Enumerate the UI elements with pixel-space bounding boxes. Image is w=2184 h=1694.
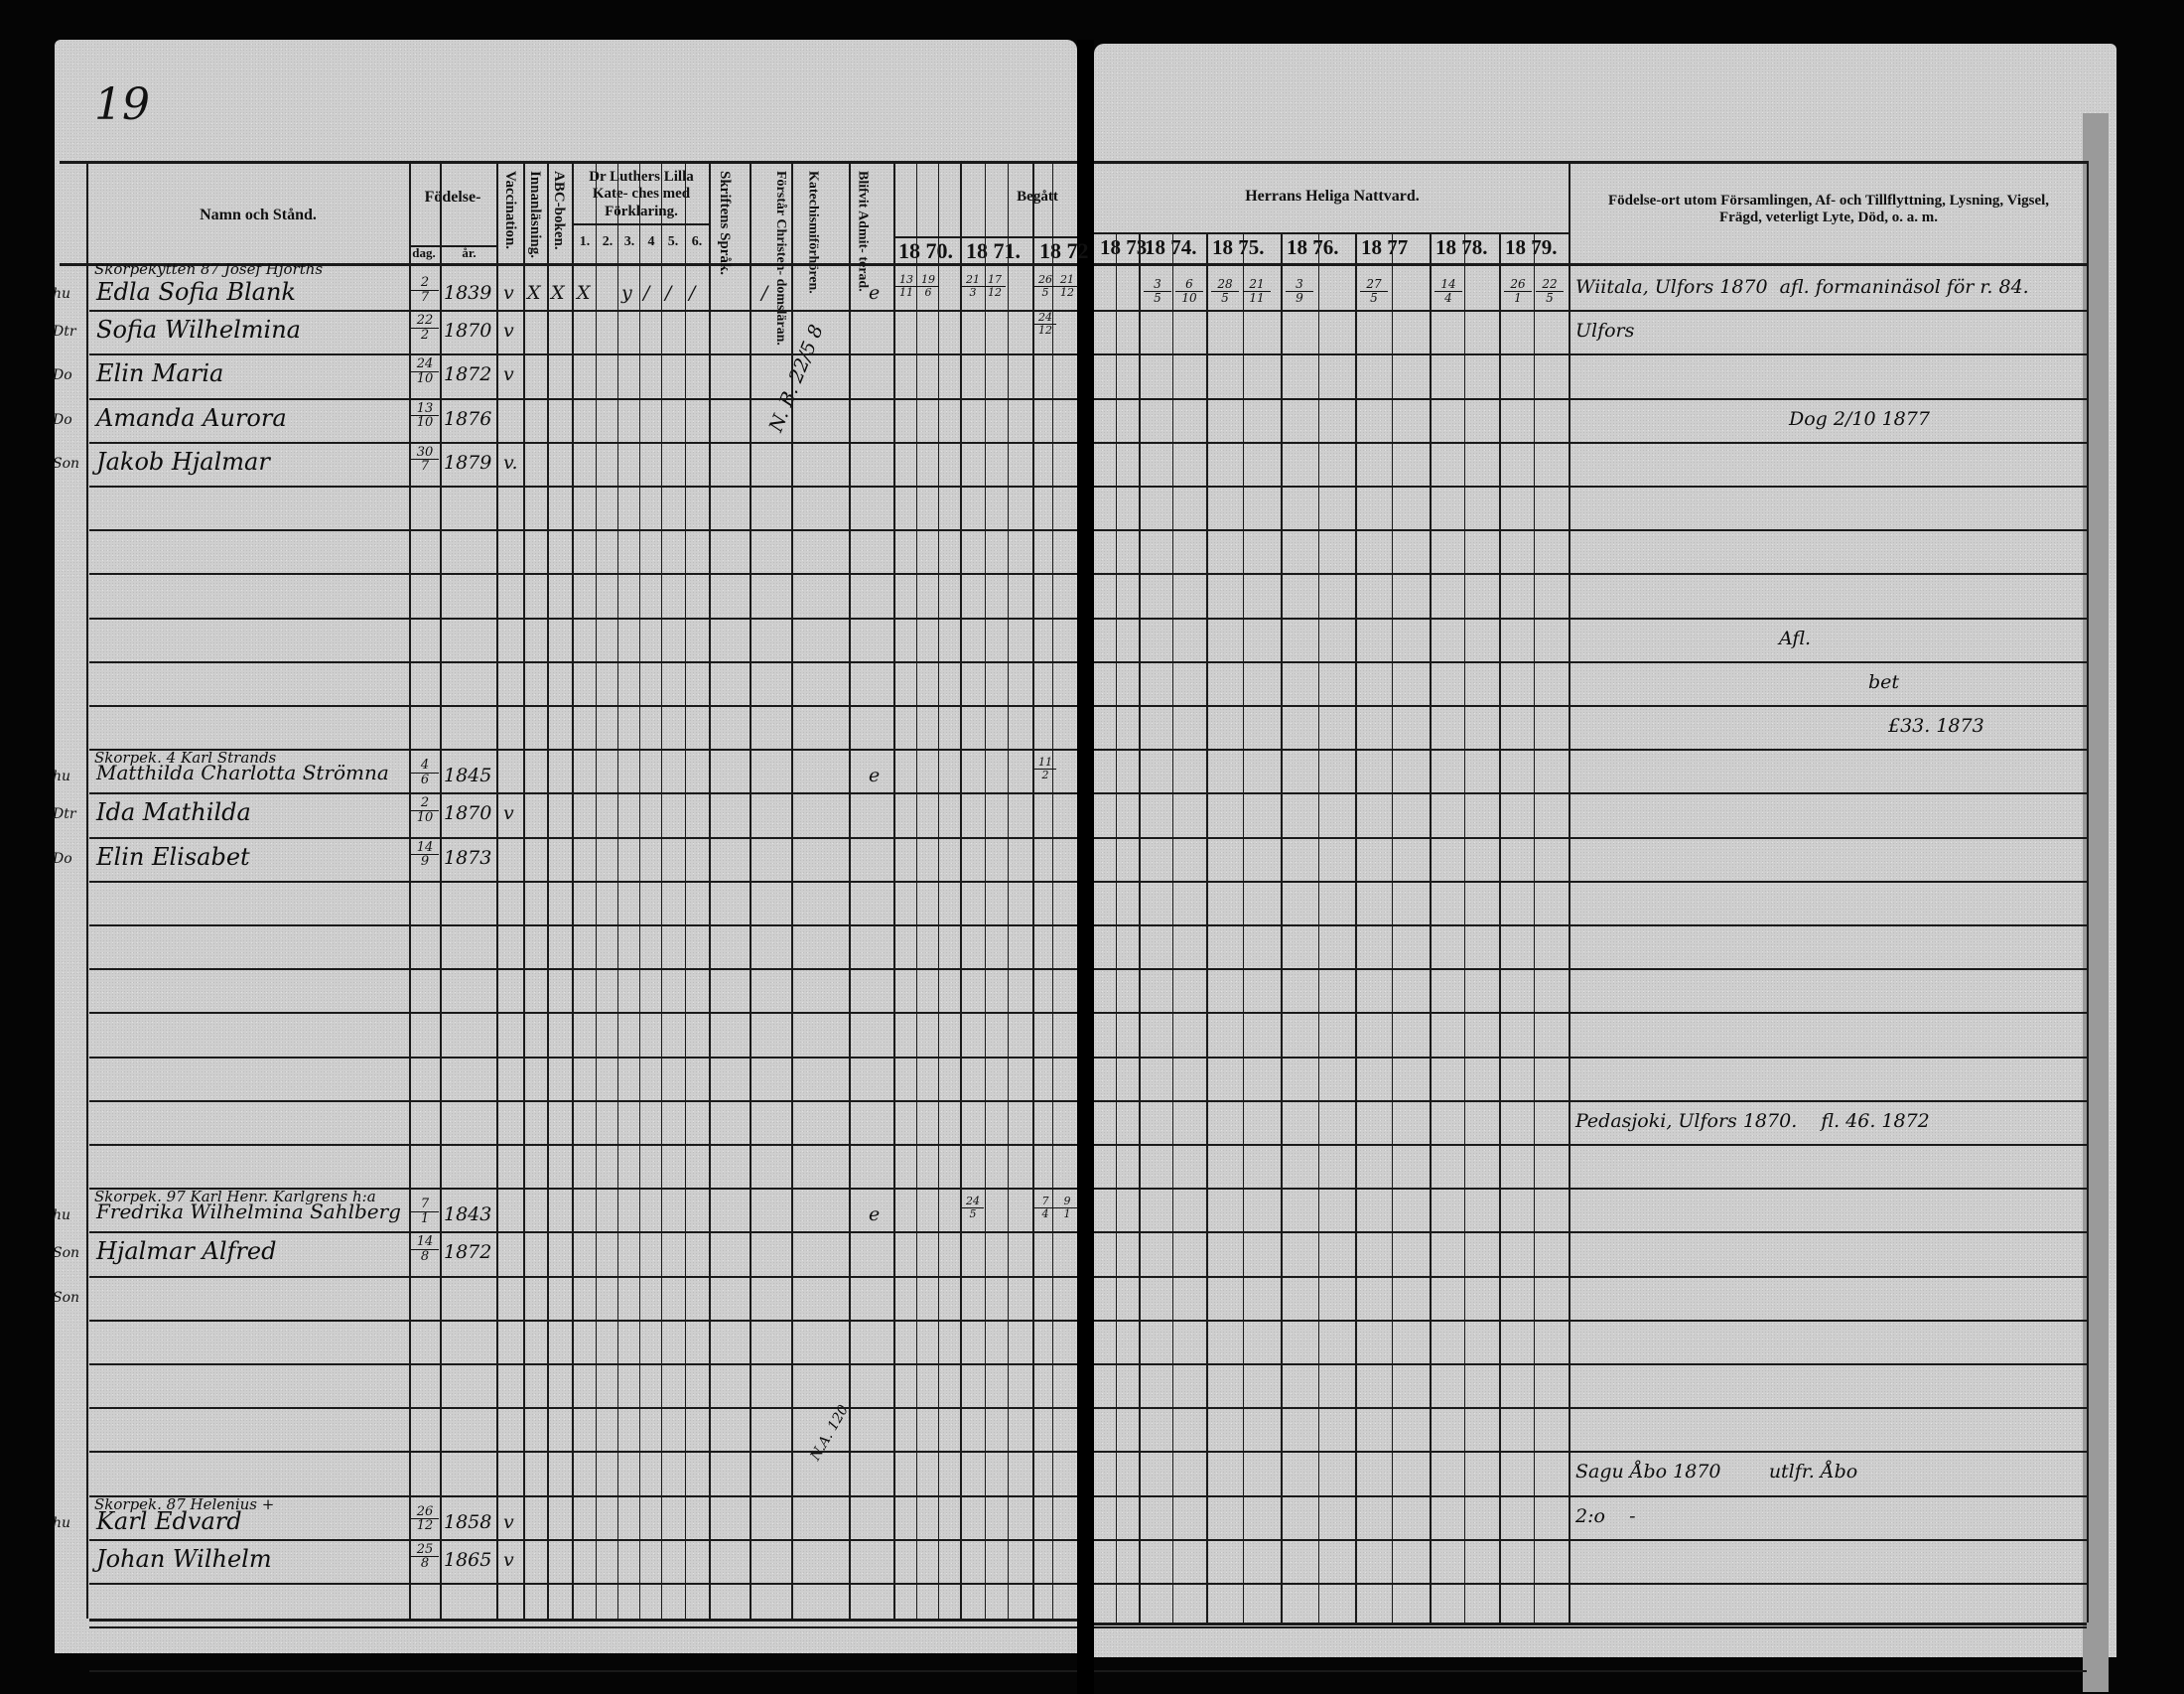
person-name: Elin Maria <box>96 359 223 387</box>
communion-day: 3 <box>1144 278 1171 292</box>
row-rule <box>1094 442 2087 444</box>
row-rule <box>1094 749 2087 751</box>
row-rule <box>1094 618 2087 620</box>
column-rule <box>1499 232 1501 1623</box>
register-row[interactable]: SonJakob Hjalmar3071879v. <box>55 452 1077 482</box>
header-begatt: Begått <box>1008 189 1067 206</box>
communion-month: 5 <box>1154 291 1161 305</box>
column-rule <box>1534 232 1535 1623</box>
header-catechism-part: 1. <box>574 234 596 250</box>
column-rule <box>1172 232 1173 1623</box>
birth-month: 2 <box>421 328 429 343</box>
vaccination-mark: v. <box>503 452 518 474</box>
header-communion: Herrans Heliga Nattvard. <box>1154 188 1511 206</box>
admitted-mark: e <box>869 1203 880 1225</box>
row-rule <box>89 1012 1077 1014</box>
communion-date: 2112 <box>1056 274 1078 298</box>
row-rule <box>89 618 1077 620</box>
row-rule <box>1094 924 2087 926</box>
person-name: Edla Sofia Blank <box>96 278 296 306</box>
birth-day-num: 4 <box>411 759 439 774</box>
register-row[interactable]: huMatthilda Charlotta Strömna461845e112 <box>55 765 1077 794</box>
communion-date: 112 <box>1034 757 1056 780</box>
column-rule <box>1206 232 1208 1623</box>
column-rule <box>1430 232 1432 1623</box>
row-rule <box>1094 1144 2087 1146</box>
household-title: Skorpekytten 87 Josef Hjorths <box>94 260 323 278</box>
birth-month: 7 <box>421 459 429 474</box>
row-rule <box>1094 1583 2087 1585</box>
communion-month: 6 <box>925 286 932 299</box>
communion-month: 11 <box>899 286 913 299</box>
row-rule <box>1094 310 2087 312</box>
row-rule <box>89 968 1077 970</box>
communion-month: 5 <box>1221 291 1229 305</box>
row-rule <box>89 1451 1077 1453</box>
innanlasning-mark: X <box>527 282 541 304</box>
person-name: Amanda Aurora <box>96 404 287 432</box>
row-rule <box>1094 837 2087 839</box>
header-year: 18 75. <box>1212 235 1265 260</box>
vaccination-mark: v <box>503 282 514 304</box>
birth-day-num: 2 <box>411 796 439 811</box>
row-relation: hu <box>53 1515 70 1531</box>
birth-day: 46 <box>411 759 439 786</box>
row-relation: Do <box>53 851 72 867</box>
birth-month: 1 <box>421 1211 429 1226</box>
header-catechism-part: 2. <box>597 234 618 250</box>
header-catechism-part: 6. <box>686 234 708 250</box>
row-rule <box>1094 398 2087 400</box>
row-rule <box>1094 881 2087 883</box>
register-row[interactable]: Son <box>55 1286 1077 1316</box>
column-rule <box>1392 232 1393 1623</box>
birth-day: 258 <box>411 1543 439 1571</box>
row-rule <box>89 353 1077 355</box>
header-remarks: Födelse-ort utom Församlingen, Af- och T… <box>1590 193 2067 227</box>
vaccination-mark: v <box>503 363 514 385</box>
birth-day-num: 24 <box>411 357 439 372</box>
vaccination-mark: v <box>503 1511 514 1533</box>
birth-day-num: 13 <box>411 402 439 417</box>
person-name: Matthilda Charlotta Strömna <box>96 761 389 784</box>
communion-day: 6 <box>1175 278 1203 292</box>
birth-day: 27 <box>411 276 439 304</box>
header-top-rule <box>60 161 1077 164</box>
header-skriften: Skriftens Språk. <box>716 171 732 275</box>
header-catechism: Dr Luthers Lilla Kate- ches med Förklari… <box>572 169 711 220</box>
row-rule <box>1094 1626 2087 1628</box>
row-rule <box>1094 573 2087 575</box>
row-relation: Son <box>53 1290 79 1306</box>
person-name: Ida Mathilda <box>96 798 251 826</box>
row-relation: Son <box>53 456 79 472</box>
header-year: 18 79. <box>1505 235 1558 260</box>
admitted-mark: e <box>869 765 880 786</box>
birth-day-num: 7 <box>411 1198 439 1212</box>
diagonal-note-na: N.A. 120 <box>807 1402 852 1463</box>
catechism-mark: / <box>643 282 649 304</box>
remark-entry: bet <box>1868 671 1899 693</box>
communion-day: 3 <box>1286 278 1313 292</box>
abc-mark: X <box>551 282 565 304</box>
header-birth: Födelse- <box>409 189 496 207</box>
row-rule <box>1094 1320 2087 1322</box>
row-relation: hu <box>53 769 70 784</box>
catechism-mark: y <box>621 282 632 304</box>
row-rule <box>89 442 1077 444</box>
register-row[interactable]: DoAmanda Aurora13101876 <box>55 408 1077 438</box>
birth-day-num: 14 <box>411 841 439 856</box>
row-rule <box>1094 705 2087 707</box>
birth-day: 210 <box>411 796 439 824</box>
forstar-mark: / <box>761 282 767 304</box>
communion-month: 11 <box>1249 291 1264 305</box>
communion-month: 1 <box>1064 1207 1071 1220</box>
birth-month: 10 <box>417 415 434 430</box>
communion-month: 2 <box>1042 769 1049 781</box>
communion-month: 5 <box>1370 291 1378 305</box>
communion-date: 285 <box>1211 278 1239 304</box>
birth-day-num: 25 <box>411 1543 439 1558</box>
birth-year: 1873 <box>444 847 491 869</box>
row-rule <box>1094 1012 2087 1014</box>
page-number: 19 <box>94 79 150 130</box>
header-year-1872: 18 72 <box>1039 238 1089 264</box>
row-rule <box>1094 1670 2087 1672</box>
communion-month: 4 <box>1042 1207 1049 1220</box>
header-year-1870: 18 70. <box>898 238 953 264</box>
register-row[interactable]: huKarl Edvard26121858v <box>55 1511 1077 1541</box>
row-rule <box>1094 529 2087 531</box>
row-rule <box>89 837 1077 839</box>
header-forhor: Katechismiförhören. <box>805 171 820 294</box>
row-rule <box>1094 1231 2087 1233</box>
row-rule <box>89 1320 1077 1322</box>
header-birth-year: år. <box>442 246 496 261</box>
birth-month: 10 <box>417 371 434 386</box>
birth-month: 9 <box>421 854 429 869</box>
birth-day: 307 <box>411 446 439 474</box>
right-page: Herrans Heliga Nattvard. Födelse-ort uto… <box>1094 44 2116 1657</box>
row-rule <box>1094 1539 2087 1541</box>
birth-month: 8 <box>421 1556 429 1571</box>
row-relation: Do <box>53 412 72 428</box>
communion-date: 275 <box>1360 278 1388 304</box>
birth-year: 1858 <box>444 1511 491 1533</box>
row-rule <box>1094 792 2087 794</box>
row-rule <box>89 1583 1077 1585</box>
header-birth-day: dag. <box>409 246 439 261</box>
row-rule <box>1094 1276 2087 1278</box>
birth-day: 1310 <box>411 402 439 430</box>
row-rule <box>1094 486 2087 488</box>
left-page: 19 Namn och Stånd. Födelse- dag. år. Vac… <box>55 40 1077 1653</box>
header-year: 18 78. <box>1435 235 1488 260</box>
header-year: 18 76. <box>1287 235 1339 260</box>
communion-date: 39 <box>1286 278 1313 304</box>
header-innanlasning: Innanläsning. <box>526 171 542 258</box>
communion-date: 265 <box>1034 274 1056 298</box>
row-rule <box>89 1626 1077 1628</box>
register-row[interactable]: SonHjalmar Alfred1481872 <box>55 1241 1077 1271</box>
header-top-rule <box>1094 161 2087 164</box>
communion-date: 213 <box>962 274 984 298</box>
communion-day: 28 <box>1211 278 1239 292</box>
row-rule <box>1094 661 2087 663</box>
bottom-rule <box>89 1619 1077 1622</box>
row-rule <box>89 881 1077 883</box>
communion-month: 3 <box>970 286 977 299</box>
remark-entry: Afl. <box>1779 628 1811 649</box>
years-subheader-rule <box>1094 232 1569 234</box>
person-name: Johan Wilhelm <box>96 1545 272 1573</box>
book-spine <box>1077 40 1094 1694</box>
communion-month: 1 <box>1514 291 1522 305</box>
header-catechism-part: 5. <box>662 234 684 250</box>
header-catechism-part: 4 <box>640 234 662 250</box>
row-relation: Dtr <box>53 806 76 822</box>
row-relation: Son <box>53 1245 79 1261</box>
row-rule <box>89 1363 1077 1365</box>
communion-day: 22 <box>1536 278 1564 292</box>
communion-month: 5 <box>970 1207 977 1220</box>
row-rule <box>1094 1188 2087 1190</box>
row-rule <box>89 1276 1077 1278</box>
communion-month: 4 <box>1444 291 1452 305</box>
register-row[interactable]: DtrSofia Wilhelmina2221870v2412 <box>55 320 1077 350</box>
person-name: Hjalmar Alfred <box>96 1237 276 1265</box>
communion-day: 27 <box>1360 278 1388 292</box>
birth-year: 1872 <box>444 363 491 385</box>
communion-month: 12 <box>1038 324 1052 337</box>
communion-date: 91 <box>1056 1196 1078 1219</box>
birth-year: 1872 <box>444 1241 491 1263</box>
person-name: Fredrika Wilhelmina Sahlberg <box>96 1200 401 1223</box>
column-rule <box>1139 232 1141 1623</box>
catechism-mark: / <box>689 282 695 304</box>
communion-month: 12 <box>988 286 1002 299</box>
catechism-mark: X <box>577 282 591 304</box>
birth-year: 1870 <box>444 320 491 342</box>
register-row[interactable]: Johan Wilhelm2581865v <box>55 1549 1077 1579</box>
vaccination-mark: v <box>503 1549 514 1571</box>
bottom-rule <box>1094 1623 2087 1625</box>
communion-date: 144 <box>1434 278 1462 304</box>
communion-month: 12 <box>1060 286 1074 299</box>
remark-entry: Pedasjoki, Ulfors 1870. fl. 46. 1872 <box>1575 1110 1930 1132</box>
birth-day-num: 2 <box>411 276 439 291</box>
communion-date: 225 <box>1536 278 1564 304</box>
catechism-mark: / <box>665 282 671 304</box>
birth-day-num: 26 <box>411 1505 439 1520</box>
register-row[interactable]: huFredrika Wilhelmina Sahlberg711843e245… <box>55 1203 1077 1233</box>
communion-day: 26 <box>1504 278 1532 292</box>
catechism-subheader-rule <box>572 223 709 225</box>
header-name: Namn och Stånd. <box>114 207 402 224</box>
header-year: 18 74. <box>1145 235 1197 260</box>
row-rule <box>1094 353 2087 355</box>
register-row[interactable]: huEdla Sofia Blank271839vXXXy////e131119… <box>55 282 1077 312</box>
row-relation: hu <box>53 286 70 302</box>
person-name: Karl Edvard <box>96 1507 242 1535</box>
row-rule <box>89 1144 1077 1146</box>
column-rule <box>2087 161 2089 1623</box>
header-catechism-part: 3. <box>618 234 640 250</box>
remark-entry: Ulfors <box>1575 320 1634 342</box>
column-rule <box>1243 232 1244 1623</box>
register-row[interactable]: DoElin Maria24101872v <box>55 363 1077 393</box>
admitted-mark: e <box>869 282 880 304</box>
communion-date: 2412 <box>1034 312 1056 336</box>
remark-entry: 2:o - <box>1575 1505 1636 1527</box>
birth-year: 1839 <box>444 282 491 304</box>
header-abc: ABC-boken. <box>550 171 566 250</box>
communion-date: 74 <box>1034 1196 1056 1219</box>
birth-month: 6 <box>421 773 429 787</box>
communion-month: 10 <box>1181 291 1196 305</box>
column-rule <box>1355 232 1357 1623</box>
row-rule <box>89 1670 1077 1672</box>
communion-date: 261 <box>1504 278 1532 304</box>
communion-date: 2111 <box>1243 278 1271 304</box>
communion-date: 35 <box>1144 278 1171 304</box>
row-rule <box>1094 968 2087 970</box>
communion-day: 14 <box>1434 278 1462 292</box>
row-rule <box>89 924 1077 926</box>
remark-entry: Sagu Åbo 1870 utlfr. Åbo <box>1575 1461 1857 1482</box>
row-rule <box>89 1100 1077 1102</box>
communion-date: 1311 <box>895 274 917 298</box>
communion-date: 196 <box>917 274 939 298</box>
row-rule <box>1094 1100 2087 1102</box>
birth-day: 71 <box>411 1198 439 1225</box>
birth-day-num: 22 <box>411 314 439 329</box>
remark-entry: Dog 2/10 1877 <box>1789 408 1930 430</box>
row-relation: Dtr <box>53 324 76 340</box>
column-rule <box>1318 232 1319 1623</box>
birth-day-num: 30 <box>411 446 439 461</box>
person-name: Sofia Wilhelmina <box>96 316 301 344</box>
row-rule <box>89 486 1077 488</box>
row-rule <box>89 1057 1077 1059</box>
birth-day: 222 <box>411 314 439 342</box>
birth-year: 1870 <box>444 802 491 824</box>
communion-date: 1712 <box>984 274 1006 298</box>
communion-month: 9 <box>1296 291 1303 305</box>
header-admitterad: Blifvit Admit- terad. <box>855 171 870 292</box>
column-rule <box>1464 232 1465 1623</box>
birth-year: 1876 <box>444 408 491 430</box>
remark-entry: Wiitala, Ulfors 1870 afl. formaninäsol f… <box>1575 276 2029 298</box>
birth-month: 10 <box>417 810 434 825</box>
row-rule <box>89 529 1077 531</box>
birth-day-num: 14 <box>411 1235 439 1250</box>
row-rule <box>1094 1495 2087 1497</box>
birth-day: 2612 <box>411 1505 439 1533</box>
row-rule <box>1094 1451 2087 1453</box>
column-rule <box>1116 232 1117 1623</box>
birth-day: 148 <box>411 1235 439 1263</box>
row-rule <box>89 398 1077 400</box>
row-rule <box>89 705 1077 707</box>
birth-month: 8 <box>421 1249 429 1264</box>
row-relation: hu <box>53 1207 70 1223</box>
row-rule <box>1094 1407 2087 1409</box>
row-rule <box>1094 1057 2087 1059</box>
birth-year: 1865 <box>444 1549 491 1571</box>
communion-month: 5 <box>1042 286 1049 299</box>
register-row[interactable]: DtrIda Mathilda2101870v <box>55 802 1077 832</box>
register-row[interactable]: DoElin Elisabet1491873 <box>55 847 1077 877</box>
birth-year: 1843 <box>444 1203 491 1225</box>
birth-month: 12 <box>417 1518 434 1533</box>
row-rule <box>89 1407 1077 1409</box>
birth-day: 149 <box>411 841 439 869</box>
header-year-1871: 18 71. <box>966 238 1021 264</box>
person-name: Jakob Hjalmar <box>96 448 270 476</box>
header-year: 18 77 <box>1361 235 1408 260</box>
row-relation: Do <box>53 367 72 383</box>
communion-month: 5 <box>1546 291 1554 305</box>
birth-day: 2410 <box>411 357 439 385</box>
communion-day: 21 <box>1243 278 1271 292</box>
column-rule <box>1281 232 1283 1623</box>
row-rule <box>89 661 1077 663</box>
communion-date: 610 <box>1175 278 1203 304</box>
row-rule <box>89 573 1077 575</box>
vaccination-mark: v <box>503 320 514 342</box>
row-rule <box>1094 1363 2087 1365</box>
header-vaccination: Vaccination. <box>501 171 517 249</box>
remark-entry: £33. 1873 <box>1888 715 1984 737</box>
birth-year: 1879 <box>444 452 491 474</box>
vaccination-mark: v <box>503 802 514 824</box>
birth-year: 1845 <box>444 765 491 786</box>
birth-month: 7 <box>421 290 429 305</box>
communion-date: 245 <box>962 1196 984 1219</box>
person-name: Elin Elisabet <box>96 843 250 871</box>
column-rule <box>1569 161 1570 1623</box>
